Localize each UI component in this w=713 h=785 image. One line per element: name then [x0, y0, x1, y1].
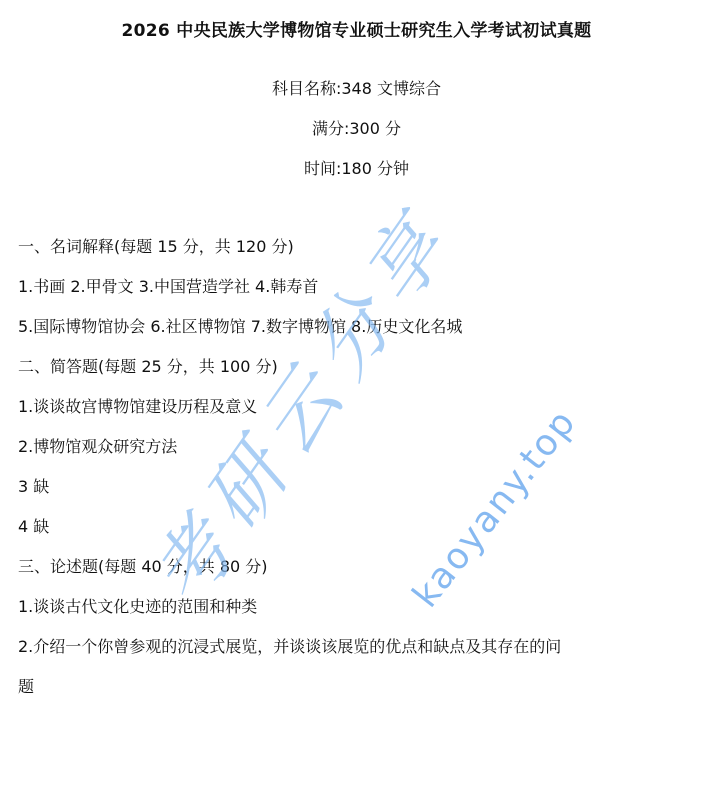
section-1-heading: 一、名词解释(每题 15 分，共 120 分): [18, 234, 294, 257]
section-1-line-1: 1.书画 2.甲骨文 3.中国营造学社 4.韩寿首: [18, 274, 318, 297]
section-3-line-2: 2.介绍一个你曾参观的沉浸式展览，并谈谈该展览的优点和缺点及其存在的问: [18, 634, 561, 657]
exam-title: 2026 中央民族大学博物馆专业硕士研究生入学考试初试真题: [0, 16, 713, 41]
watermark-url: kaoyany.top: [405, 402, 585, 616]
section-3-line-3: 题: [18, 674, 34, 697]
section-1-line-2: 5.国际博物馆协会 6.社区博物馆 7.数字博物馆 8.历史文化名城: [18, 314, 462, 337]
section-2-line-3: 3 缺: [18, 474, 49, 497]
full-score: 满分:300 分: [0, 116, 713, 139]
exam-time: 时间:180 分钟: [0, 156, 713, 179]
section-2-line-1: 1.谈谈故宫博物馆建设历程及意义: [18, 394, 257, 417]
section-2-heading: 二、简答题(每题 25 分，共 100 分): [18, 354, 278, 377]
subject-name: 科目名称:348 文博综合: [0, 76, 713, 99]
section-2-line-2: 2.博物馆观众研究方法: [18, 434, 177, 457]
section-3-heading: 三、论述题(每题 40 分，共 80 分): [18, 554, 268, 577]
section-2-line-4: 4 缺: [18, 514, 49, 537]
section-3-line-1: 1.谈谈古代文化史迹的范围和种类: [18, 594, 257, 617]
